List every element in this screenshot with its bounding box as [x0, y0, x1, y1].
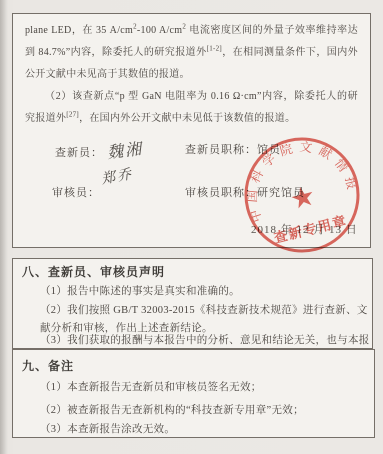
remarks-item-1: （1）本查新报告无查新员和审核员签名无效； — [40, 379, 370, 397]
scan-edge-shadow — [0, 0, 8, 454]
conclusion-section: plane LED，在 35 A/cm2-100 A/cm2 电流密度区间的外量… — [12, 13, 371, 248]
remarks-section: 九、备注 （1）本查新报告无查新员和审核员签名无效； （2）被查新报告无查新机构… — [12, 349, 375, 438]
remarks-item-3: （3）本查新报告涂改无效。 — [40, 421, 370, 439]
searcher-label: 查新员： — [55, 147, 103, 159]
statement-item-1: （1）报告中陈述的事实是真实和准确的。 — [40, 283, 365, 301]
reviewer-signature: 郑乔 — [100, 163, 135, 188]
reviewer-label: 审核员： — [52, 184, 100, 200]
searcher-signature: 魏湘 — [106, 136, 145, 163]
statement-section: 八、查新员、审核员声明 （1）报告中陈述的事实是真实和准确的。 （2）我们按照 … — [12, 258, 373, 349]
seal-star-icon: ★ — [287, 179, 319, 215]
conclusion-paragraph-1: plane LED，在 35 A/cm2-100 A/cm2 电流密度区间的外量… — [13, 14, 370, 86]
conclusion-paragraph-2: （2）该查新点“p 型 GaN 电阻率为 0.16 Ω·cm”内容，除委托人的研… — [13, 86, 370, 130]
remarks-item-2: （2）被查新报告无查新机构的“科技查新专用章”无效； — [40, 402, 370, 420]
remarks-heading: 九、备注 — [22, 357, 74, 374]
searcher-signature-row: 查新员： 魏湘 — [55, 138, 143, 161]
seal-bottom-text: 查新专用章 — [272, 212, 349, 246]
statement-heading: 八、查新员、审核员声明 — [22, 263, 165, 280]
